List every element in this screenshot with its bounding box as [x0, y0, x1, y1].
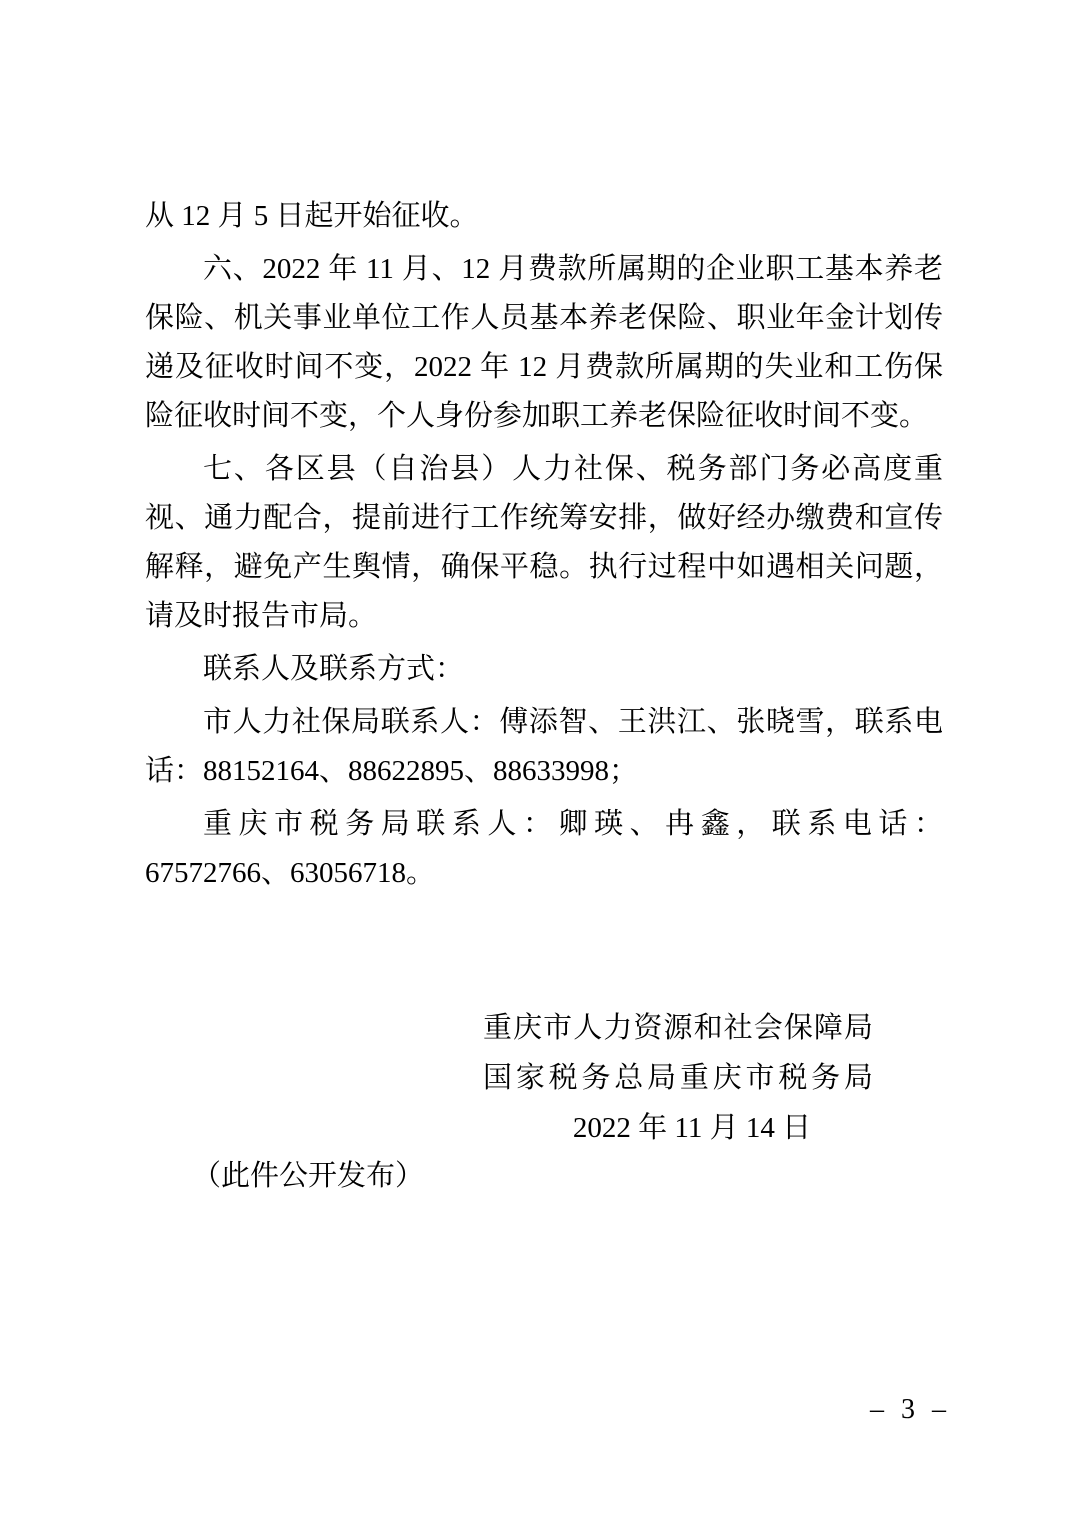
body-paragraph-contact-heading: 联系人及联系方式：	[145, 645, 943, 694]
signature-date: 2022 年 11 月 14 日	[497, 1103, 887, 1153]
publish-note: （此件公开发布）	[192, 1152, 424, 1201]
signature-org-tax-bureau: 国家税务总局重庆市税务局	[483, 1053, 873, 1103]
signature-block: 重庆市人力资源和社会保障局 国家税务总局重庆市税务局 2022 年 11 月 1…	[483, 1003, 873, 1153]
document-body: 从 12 月 5 日起开始征收。 六、2022 年 11 月、12 月费款所属期…	[145, 192, 943, 898]
body-paragraph-item-6: 六、2022 年 11 月、12 月费款所属期的企业职工基本养老保险、机关事业单…	[145, 245, 943, 441]
body-paragraph-continuation: 从 12 月 5 日起开始征收。	[145, 192, 943, 241]
signature-org-hr-bureau: 重庆市人力资源和社会保障局	[483, 1003, 873, 1053]
document-page: 从 12 月 5 日起开始征收。 六、2022 年 11 月、12 月费款所属期…	[0, 0, 1076, 1520]
page-number: – 3 –	[870, 1385, 951, 1434]
body-paragraph-item-7: 七、各区县（自治县）人力社保、税务部门务必高度重视、通力配合，提前进行工作统筹安…	[145, 445, 943, 641]
body-paragraph-tax-bureau-contacts: 重庆市税务局联系人：卿瑛、冉鑫，联系电话：67572766、63056718。	[145, 800, 943, 898]
body-paragraph-hr-bureau-contacts: 市人力社保局联系人：傅添智、王洪江、张晓雪，联系电话：88152164、8862…	[145, 698, 943, 796]
